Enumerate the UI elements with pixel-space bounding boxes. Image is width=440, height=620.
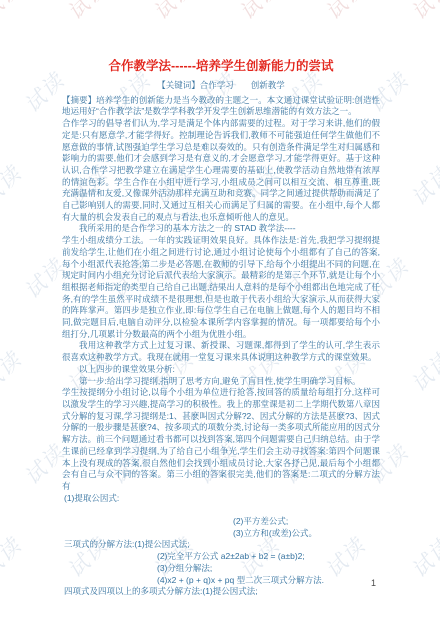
keywords-line: 【关键词】合作学习 创新教学 <box>62 80 380 92</box>
watermark-text: 试读 <box>0 0 28 26</box>
watermark-text: 试读 <box>404 530 440 584</box>
formula-line: 四项式及四项以上的多项式分解方法:(1)提公因式法; <box>62 586 380 598</box>
stad-detail-paragraph: 学生小组成绩分工法。一年的实践证明效果良好。具体作法是:首先,我把学习提纲提前发… <box>62 235 380 340</box>
formula-line: (2)完全平方公式 a2±2ab + b2 = (a±b)2; <box>62 551 380 563</box>
cooperative-learning-paragraph: 合作学习的倡导者们认为,学习是满足个体内部需要的过程。对于学习来讲,他们的假定是… <box>62 118 380 223</box>
watermark-text: 试读 <box>0 158 28 212</box>
watermark-text: 试读 <box>146 0 200 26</box>
analysis-heading: 以上四步的课堂效果分析: <box>62 364 380 376</box>
formula-line: 三项式的分解方法:(1)提公因式法; <box>62 539 380 551</box>
watermark-text: 试读 <box>404 344 440 398</box>
formula-line: (3)立方和(或差)公式。 <box>62 528 380 540</box>
usage-paragraph: 我用这种教学方式上过复习课、新授课、习题课,都得到了学生的认可,学生表示很喜欢这… <box>62 340 380 363</box>
watermark-text: 试读 <box>318 0 372 26</box>
step1-intro-line: 第一步:给出学习提纲,指明了思考方向,避免了盲目性,使学生明确学习目标。 <box>62 376 380 388</box>
watermark-text: 试读 <box>404 0 440 26</box>
document-title: 合作教学法------培养学生创新能力的尝试 <box>62 58 380 75</box>
formula-line: (4)x2 + (p + q)x + pq 型二次三项式分解方法. <box>62 575 380 587</box>
watermark-text: 试读 <box>60 0 114 26</box>
watermark-text: 试读 <box>232 0 286 26</box>
formula-block: (1)提取公因式: (2)平方差公式; (3)立方和(或差)公式。 三项式的分解… <box>62 493 380 598</box>
formula-line: (3)分组分解法; <box>62 563 380 575</box>
document-content: 合作教学法------培养学生创新能力的尝试 【关键词】合作学习 创新教学 【摘… <box>62 58 380 598</box>
abstract-paragraph: 【摘要】培养学生的创新能力是当今教改的主题之一。本文通过课堂试验证明:创造性地运… <box>62 95 380 118</box>
stad-intro-line: 我所采用的是合作学习的基本方法之一的 STAD 教学法---- <box>62 223 380 235</box>
formula-line: (1)提取公因式: <box>62 493 380 505</box>
blank-line <box>62 504 380 516</box>
watermark-text: 试读 <box>0 344 28 398</box>
formula-line: (2)平方差公式; <box>62 516 380 528</box>
watermark-text: 试读 <box>404 158 440 212</box>
page-number: 1 <box>371 578 376 588</box>
watermark-text: 试读 <box>0 530 28 584</box>
step1-detail-paragraph: 学生按提纲分小组讨论,以每个小组为单位进行抢答,按回答的质量给每组打分,这样可以… <box>62 387 380 492</box>
document-page: 试读试读试读试读试读试读试读试读试读试读试读试读试读试读试读试读试读试读试读试读… <box>0 0 440 620</box>
